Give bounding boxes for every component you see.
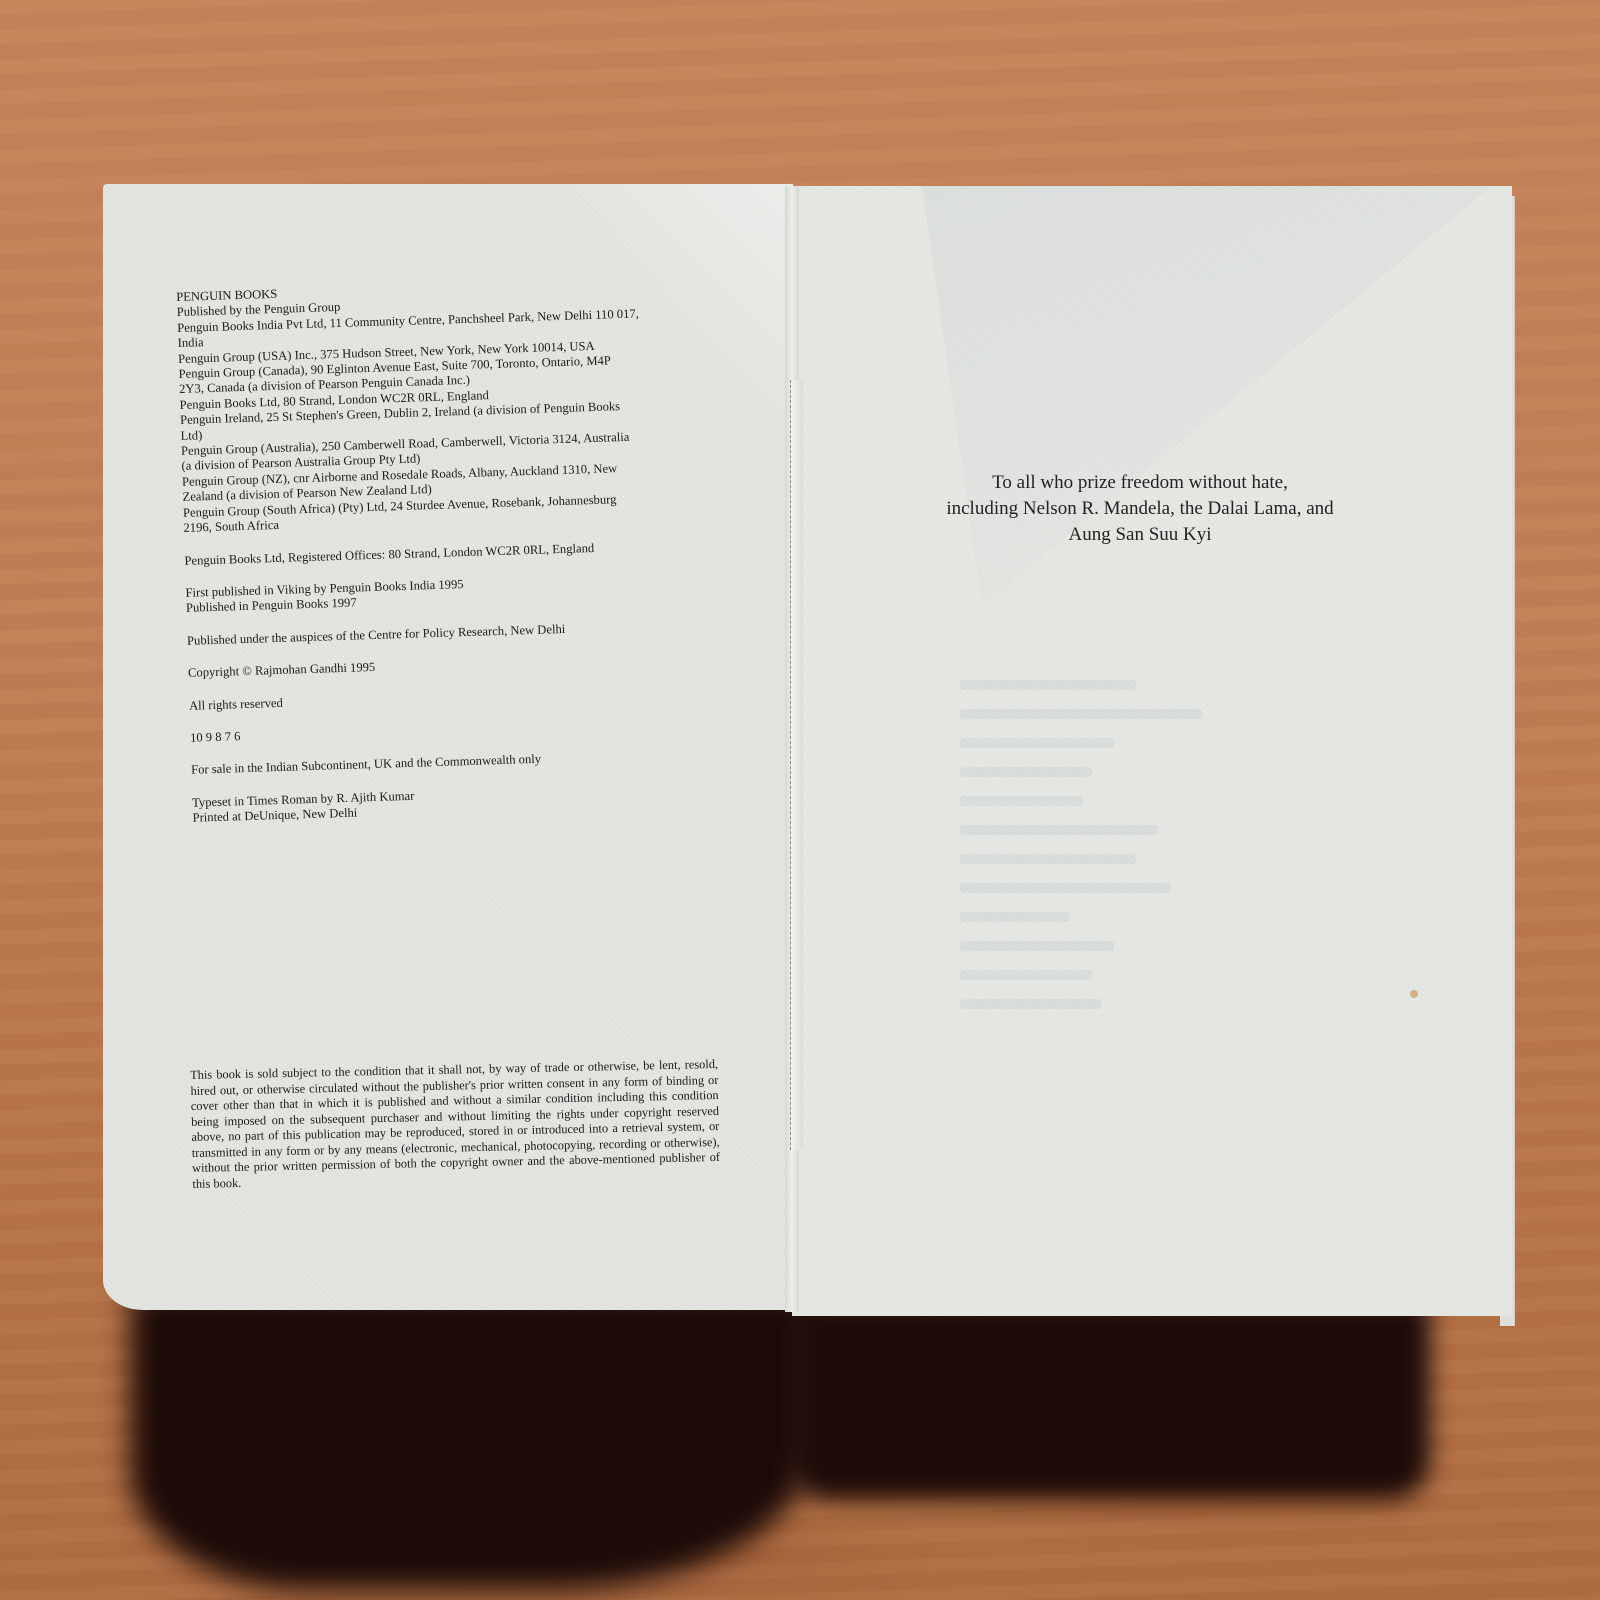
dedication-text: To all who prize freedom without hate, i…: [905, 470, 1375, 548]
show-through-text: [960, 680, 1400, 1028]
dedication-line: Aung San Suu Kyi: [905, 522, 1375, 548]
book-shadow-left: [130, 1290, 810, 1590]
dedication-line: To all who prize freedom without hate,: [905, 470, 1375, 496]
dedication-line: including Nelson R. Mandela, the Dalai L…: [905, 496, 1375, 522]
copyright-text-block: PENGUIN BOOKS Published by the Penguin G…: [176, 273, 723, 826]
legal-notice: This book is sold subject to the conditi…: [190, 1057, 720, 1192]
book-shadow-right: [790, 1300, 1430, 1500]
torn-page-stub: [790, 380, 803, 1150]
paper-stain: [1410, 990, 1418, 998]
